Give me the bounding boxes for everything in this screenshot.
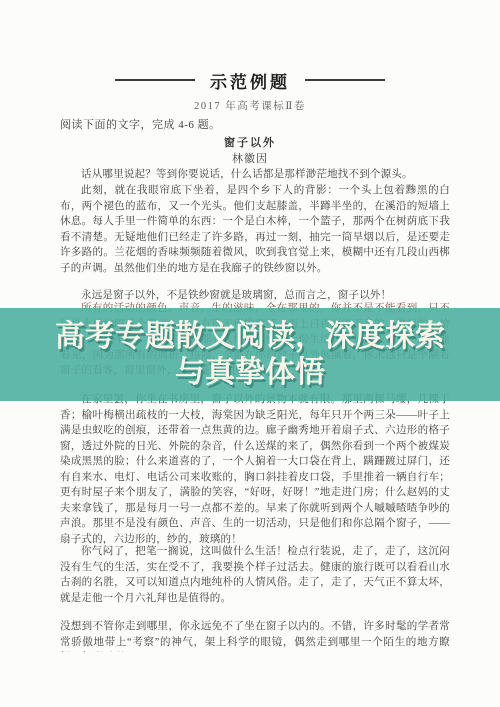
reading-instruction: 阅读下面的文字，完成 4-6 题。 <box>60 116 450 132</box>
title-rule-right <box>305 79 385 81</box>
article-paragraph: 此刻，就在我眼帘底下坐着，是四个乡下人的背影：一个头上包着黪黑的白布，两个褪色的… <box>60 183 450 278</box>
article-title: 窗子以外 <box>0 134 500 150</box>
exam-page-photo: 示范例题 2017 年高考课标Ⅱ卷 阅读下面的文字，完成 4-6 题。 窗子以外… <box>0 0 500 707</box>
article-paragraph: 没想到不管你走到哪里，你永远免不了坐在窗子以内的。不错，许多时髦的学者常常骄傲地… <box>60 619 450 652</box>
article-author: 林徽因 <box>0 150 500 166</box>
section-header: 示范例题 <box>0 68 500 92</box>
title-rule-left <box>115 79 195 81</box>
article-paragraph: 在家里罢，你坐在书房里，窗子以外的景物本就有限。那里两棵马缨，几棵丁香；榆叶梅横… <box>60 392 450 545</box>
video-title-overlay: 高考专题散文阅读，深度探索 与真挚体悟 <box>0 308 500 401</box>
article-paragraph: 你气闷了，把笔一搁说，这叫做什么生活！检点行装说，走了，走了，这沉闷没有生气的生… <box>60 544 450 606</box>
exam-source-subtitle: 2017 年高考课标Ⅱ卷 <box>0 98 500 113</box>
overlay-title-line-1: 高考专题散文阅读，深度探索 <box>55 319 445 355</box>
section-title: 示范例题 <box>210 68 290 93</box>
article-paragraph: 话从哪里说起？等到你要说话，什么话都是那样渺茫地找不到个源头。 <box>60 167 450 183</box>
overlay-title-line-2: 与真挚体悟 <box>175 355 325 391</box>
